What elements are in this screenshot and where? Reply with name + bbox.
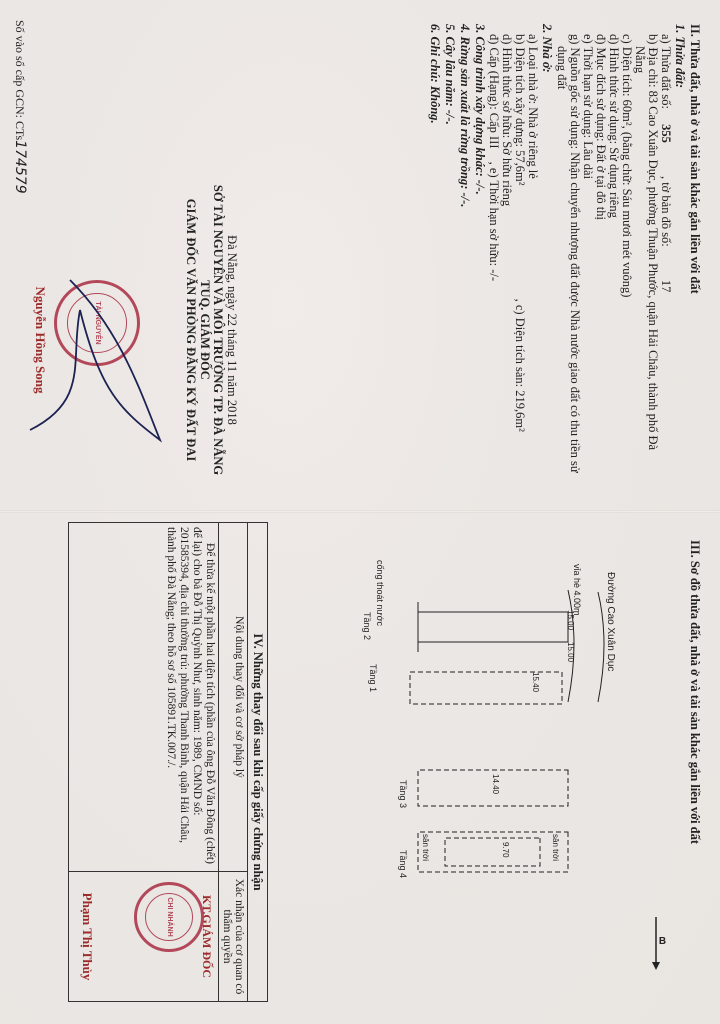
col-changes-header: Nội dung thay đổi và cơ sở pháp lý: [219, 523, 248, 872]
right-page: III. Sơ đồ thửa đất, nhà ở và tài sản kh…: [0, 512, 720, 1024]
changes-table: IV. Những thay đổi sau khi cấp giấy chứn…: [68, 522, 268, 1002]
issue-date: Đà Nẵng, ngày 22 tháng 11 năm 2018: [225, 160, 239, 500]
house-area-row: b) Diện tích xây dựng: 57,6m² , c) Diện …: [513, 24, 526, 504]
land-use-purpose: đ) Mục đích sử dụng: Đất ở tại đô thị: [594, 24, 607, 504]
land-area: c) Diện tích: 60m², (bằng chữ: Sáu mươi …: [620, 24, 633, 504]
floor-3-label: Tầng 3: [398, 780, 408, 808]
house-type: a) Loại nhà ở: Nhà ở riêng lẻ: [526, 24, 539, 504]
ownership-form: d) Hình thức sở hữu: Sở hữu riêng: [500, 24, 513, 504]
floor-plans-diagram: [360, 532, 620, 752]
left-page: II. Thửa đất, nhà ở và tài sản khác gắn …: [0, 0, 720, 512]
tuq-label: TUQ. GIÁM ĐỐC: [198, 160, 212, 500]
signer-name: Nguyễn Hồng Song: [32, 240, 48, 440]
confirm-signer: Phạm Thị Thủy: [79, 872, 95, 1001]
change-entry: Để thừa kế một phần hai diện tích (phần …: [69, 523, 219, 872]
change-confirmation: KT.GIÁM ĐỐC CHI NHÁNH Phạm Thị Thủy: [69, 872, 219, 1002]
house-grade-row: đ) Cấp (Hạng): Cấp III , e) Thời hạn sở …: [487, 24, 500, 504]
section-ii-title: II. Thửa đất, nhà ở và tài sản khác gắn …: [687, 24, 702, 504]
section-iii-title: III. Sơ đồ thửa đất, nhà ở và tài sản kh…: [687, 540, 702, 844]
other-works: 3. Công trình xây dựng khác: -/-.: [472, 24, 487, 504]
issuing-org: SỞ TÀI NGUYÊN VÀ MÔI TRƯỜNG TP. ĐÀ NẴNG: [211, 160, 225, 500]
floor-4-label: Tầng 4: [398, 850, 408, 878]
section-iv-title: IV. Những thay đổi sau khi cấp giấy chứn…: [248, 523, 268, 1002]
floor-1-label: Tầng 1: [368, 664, 378, 692]
land-address: b) Địa chỉ: 83 Cao Xuân Dục, phường Thuậ…: [646, 24, 659, 504]
col-confirm-header: Xác nhận của cơ quan có thẩm quyền: [219, 872, 248, 1002]
confirm-role: KT.GIÁM ĐỐC: [199, 876, 214, 997]
land-parcel-row: a) Thửa đất số: 355 , tờ bản đồ số: 17: [659, 24, 672, 504]
registry-number: Số vào sổ cấp GCN: CTs174579: [12, 20, 28, 194]
parcel-number: 355: [659, 124, 673, 143]
land-heading: 1. Thửa đất:: [672, 24, 687, 504]
land-origin: g) Nguồn gốc sử dụng: Nhận chuyển nhượng…: [568, 24, 581, 504]
building-area: b) Diện tích xây dựng: 57,6m²: [513, 34, 527, 185]
map-sheet-number: 17: [659, 280, 673, 293]
land-use-term: e) Thời hạn sử dụng: Lâu dài: [581, 24, 594, 504]
notes: 6. Ghi chú: Không.: [427, 24, 442, 504]
branch-seal: CHI NHÁNH: [134, 882, 204, 952]
house-heading: 2. Nhà ở:: [539, 24, 554, 504]
floor-area: , c) Diện tích sàn: 219,6m²: [513, 299, 527, 432]
planted-forest: 4. Rừng sản xuất là rừng trồng: -/-.: [457, 24, 472, 504]
certificate-page: II. Thửa đất, nhà ở và tài sản khác gắn …: [0, 0, 720, 1024]
signature-block: Đà Nẵng, ngày 22 tháng 11 năm 2018 SỞ TÀ…: [184, 160, 238, 500]
floor-2-label: Tầng 2: [362, 612, 372, 640]
ownership-term: , e) Thời hạn sở hữu: -/-: [487, 162, 501, 281]
perennial-trees: 5. Cây lâu năm: -/-.: [442, 24, 457, 504]
signer-role: GIÁM ĐỐC VĂN PHÒNG ĐĂNG KÝ ĐẤT ĐAI: [184, 160, 198, 500]
land-use-form: d) Hình thức sử dụng: Sử dụng riêng: [607, 24, 620, 504]
house-grade: đ) Cấp (Hạng): Cấp III: [487, 34, 501, 149]
north-label: B: [659, 936, 666, 947]
